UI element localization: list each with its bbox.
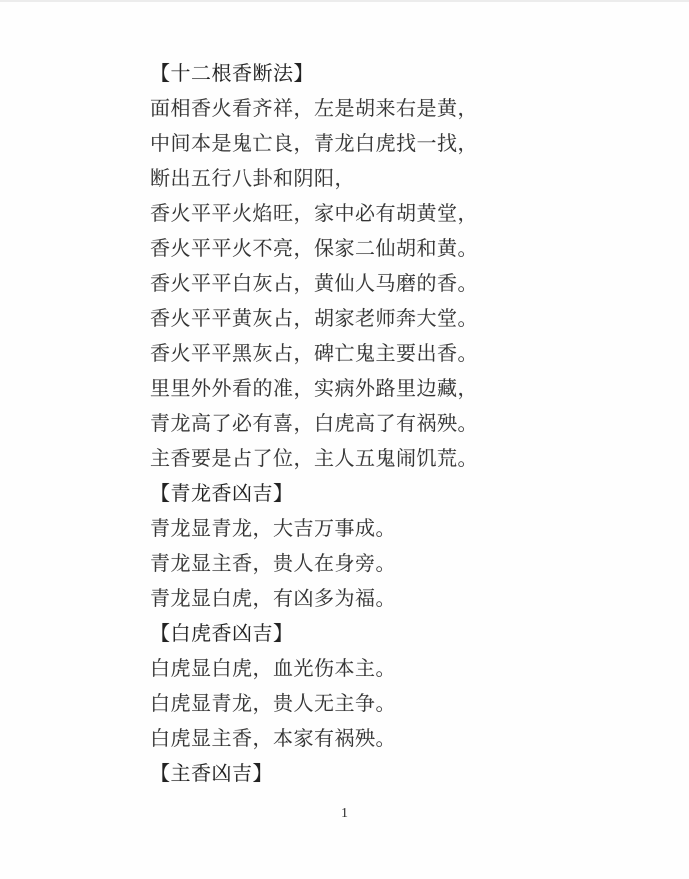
section-heading: 【青龙香凶吉】 [150,477,659,512]
section-heading: 【白虎香凶吉】 [150,617,659,652]
verse-line: 白虎显主香，本家有祸殃。 [150,722,659,757]
document-page: 【十二根香断法】 面相香火看齐祥，左是胡来右是黄， 中间本是鬼亡良，青龙白虎找一… [0,0,689,879]
verse-line: 中间本是鬼亡良，青龙白虎找一找， [150,127,659,162]
verse-line: 主香要是占了位，主人五鬼闹饥荒。 [150,442,659,477]
verse-line: 里里外外看的准，实病外路里边藏， [150,372,659,407]
verse-line: 香火平平黄灰占，胡家老师奔大堂。 [150,302,659,337]
verse-line: 白虎显白虎，血光伤本主。 [150,652,659,687]
verse-line: 香火平平火不亮，保家二仙胡和黄。 [150,232,659,267]
section-heading: 【十二根香断法】 [150,57,659,92]
verse-line: 香火平平黑灰占，碑亡鬼主要出香。 [150,337,659,372]
verse-line: 断出五行八卦和阴阳， [150,162,659,197]
verse-line: 面相香火看齐祥，左是胡来右是黄， [150,92,659,127]
document-body: 【十二根香断法】 面相香火看齐祥，左是胡来右是黄， 中间本是鬼亡良，青龙白虎找一… [150,57,659,792]
verse-line: 香火平平白灰占，黄仙人马磨的香。 [150,267,659,302]
verse-line: 香火平平火焰旺，家中必有胡黄堂， [150,197,659,232]
section-heading: 【主香凶吉】 [150,757,659,792]
verse-line: 青龙显主香，贵人在身旁。 [150,547,659,582]
verse-line: 青龙显青龙，大吉万事成。 [150,512,659,547]
page-number: 1 [0,805,689,823]
verse-line: 青龙显白虎，有凶多为福。 [150,582,659,617]
verse-line: 白虎显青龙，贵人无主争。 [150,687,659,722]
verse-line: 青龙高了必有喜，白虎高了有祸殃。 [150,407,659,442]
